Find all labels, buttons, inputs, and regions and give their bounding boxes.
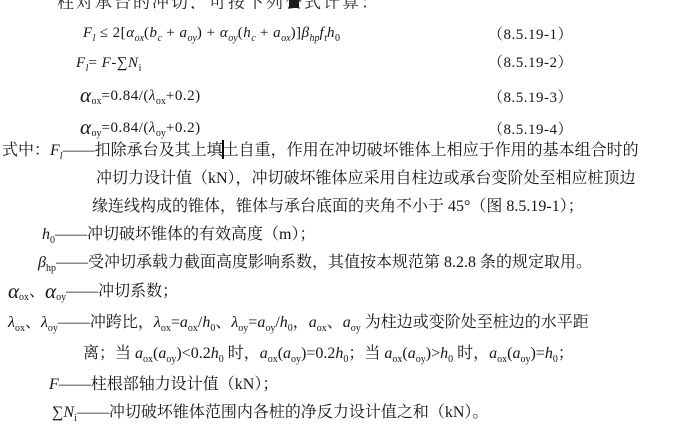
text-segment: oy [228, 33, 237, 44]
def-line-fl-2: 冲切力设计值（kN），冲切破坏锥体应采用自柱边或承台变阶处至相应桩顶边 [96, 168, 636, 190]
text-segment: λ [41, 314, 48, 331]
text-segment: ) + [197, 25, 220, 41]
def-line-h0: h0——冲切破坏锥体的有效高度（m）； [42, 224, 315, 252]
text-segment: ， [293, 314, 309, 331]
text-segment: + [162, 25, 179, 41]
text-segment: ox [135, 33, 144, 44]
text-segment: oy [56, 292, 66, 303]
text-segment: = [248, 314, 257, 331]
text-segment: β [38, 254, 46, 271]
text-segment: ——冲切破坏锥体的有效高度（m）； [55, 226, 315, 243]
text-segment: 式中： [2, 142, 50, 159]
text-segment: ∑ [117, 55, 128, 71]
text-segment: ox [92, 96, 102, 107]
text-segment: F [83, 25, 93, 41]
text-segment: N [128, 55, 139, 71]
text-segment: a [408, 345, 416, 362]
text-segment: ——冲切破坏锥体范围内各桩的净反力设计值之和（kN）。 [77, 404, 489, 421]
text-segment: h [440, 345, 448, 362]
text-segment: F [102, 55, 112, 71]
def-line-f: F——柱根部轴力设计值（kN）； [49, 374, 278, 396]
text-segment: 、 [25, 314, 41, 331]
text-segment: h [327, 25, 335, 41]
text-segment: oy [351, 323, 361, 334]
text-segment: a [343, 314, 351, 331]
text-segment: ——冲切系数； [66, 283, 178, 300]
text-segment: h [211, 345, 219, 362]
text-segment: )] [291, 25, 302, 41]
text-segment: ≤ 2[ [95, 25, 126, 41]
text-segment: a [180, 314, 188, 331]
text-segment: ；当 [348, 345, 384, 362]
text-segment: α [220, 25, 228, 41]
text-segment: λ [8, 314, 15, 331]
text-segment: λ [149, 120, 156, 136]
text-segment: )= [530, 345, 544, 362]
text-segment: oy [291, 354, 301, 365]
clipped-text-line: 柱对承台的冲切，可按下列公式计算： [0, 0, 673, 9]
text-segment: 缘连线构成的锥体，锥体与承台底面的夹角不小于 45°（图 8.5.19-1）； [92, 198, 584, 215]
text-segment: 、 [29, 283, 45, 300]
text-segment: a [283, 345, 291, 362]
text-segment: +0.2) [166, 120, 201, 136]
text-segment: )<0.2 [176, 345, 210, 362]
text-segment: F [49, 376, 59, 393]
text-segment: h [545, 345, 553, 362]
text-segment: a [273, 25, 281, 41]
text-segment: hp [310, 33, 320, 44]
text-segment: α [80, 83, 92, 107]
text-segment: h [42, 226, 50, 243]
text-segment: β [302, 25, 310, 41]
def-line-sum-ni: ∑Ni——冲切破坏锥体范围内各桩的净反力设计值之和（kN）。 [52, 402, 488, 430]
text-segment: a [489, 345, 497, 362]
text-segment: b [150, 25, 158, 41]
text-segment: oy [166, 354, 176, 365]
text-segment: ox [188, 323, 198, 334]
text-segment: ox [281, 33, 290, 44]
text-segment: ——受冲切承载力截面高度影响系数，其值按本规范第 8.2.8 条的规定取用。 [56, 254, 592, 271]
text-segment: 、 [327, 314, 343, 331]
text-segment: oy [520, 354, 530, 365]
text-segment: oy [187, 33, 196, 44]
def-line-fl-1: 式中：Fl——扣除承台及其上填土自重，作用在冲切破坏锥体上相应于作用的基本组合时… [2, 140, 639, 168]
text-segment: = [88, 55, 101, 71]
text-segment: +0.2) [166, 88, 201, 104]
equation-8-5-19-2: Fl= F-∑Ni [76, 51, 141, 81]
text-segment: = [171, 314, 180, 331]
text-segment: a [309, 314, 317, 331]
equation-number-2: （8.5.19-2） [488, 52, 573, 74]
text-segment: =0.84/( [102, 120, 149, 136]
text-segment: ox [15, 323, 25, 334]
equation-number-1: （8.5.19-1） [488, 24, 573, 46]
text-segment: i [139, 63, 142, 74]
text-segment: 时， [453, 345, 489, 362]
text-segment: α [126, 25, 134, 41]
def-line-lambda-2: 离；当 aox(aoy)<0.2h0 时，aox(aoy)=0.2h0；当 ao… [83, 343, 574, 371]
text-segment: F [76, 55, 86, 71]
text-segment: oy [156, 128, 166, 139]
text-segment: )=0.2 [301, 345, 335, 362]
text-segment: 冲切力设计值（kN），冲切破坏锥体应采用自柱边或承台变阶处至相应桩顶边 [96, 170, 636, 187]
text-segment: oy [238, 323, 248, 334]
text-segment: h [280, 314, 288, 331]
text-segment: oy [48, 323, 58, 334]
text-segment: oy [416, 354, 426, 365]
clipped-text: 柱对承台的冲切，可按下列公式计算： [57, 0, 380, 9]
text-segment: ox [19, 292, 29, 303]
text-segment: ——柱根部轴力设计值（kN）； [59, 376, 279, 393]
text-segment: ∑ [52, 404, 63, 421]
text-segment: ox [317, 323, 327, 334]
text-segment: ox [156, 96, 166, 107]
text-segment: ox [161, 323, 171, 334]
text-segment: ox [268, 354, 278, 365]
text-segment: 时， [224, 345, 260, 362]
text-segment: 、 [215, 314, 231, 331]
text-segment: ox [497, 354, 507, 365]
text-segment: oy [92, 128, 102, 139]
equation-number-3: （8.5.19-3） [488, 87, 573, 109]
equation-8-5-19-3: αox=0.84/(λox+0.2) [80, 84, 201, 114]
def-line-beta-hp: βhp——受冲切承载力截面高度影响系数，其值按本规范第 8.2.8 条的规定取用… [38, 252, 592, 280]
text-segment: )> [426, 345, 440, 362]
def-line-lambda-1: λox、λoy——冲跨比，λox=aox/h0、λoy=aoy/h0，aox、a… [8, 312, 589, 340]
def-line-alpha: αox、αoy——冲切系数； [8, 281, 178, 309]
text-segment: ox [392, 354, 402, 365]
equation-8-5-19-1: Fl ≤ 2[αox(bc + aoy) + αoy(hc + aox)]βhp… [83, 21, 340, 51]
text-segment: ox [143, 354, 153, 365]
text-segment: α [45, 279, 56, 303]
text-segment: N [63, 404, 74, 421]
text-segment: 为柱边或变阶处至桩边的水平距 [361, 314, 589, 331]
text-segment: ； [558, 345, 574, 362]
text-segment: hp [46, 263, 56, 274]
text-segment: + [256, 25, 273, 41]
document-page[interactable]: 柱对承台的冲切，可按下列公式计算： Fl ≤ 2[αox(bc + aoy) +… [0, 0, 673, 434]
text-segment: α [8, 279, 19, 303]
equation-number-4: （8.5.19-4） [488, 119, 573, 141]
def-line-fl-3: 缘连线构成的锥体，锥体与承台底面的夹角不小于 45°（图 8.5.19-1）； [92, 196, 584, 218]
text-segment: α [80, 115, 92, 139]
clipped-glyph-fragment [289, 0, 299, 8]
text-segment: ——冲跨比， [58, 314, 154, 331]
text-segment: 0 [335, 33, 340, 44]
text-segment: =0.84/( [102, 88, 149, 104]
text-segment: 离；当 [83, 345, 135, 362]
text-segment: 土自重，作用在冲切破坏锥体上相应于作用的基本组合时的 [223, 142, 639, 159]
text-segment: h [243, 25, 251, 41]
text-segment: a [135, 345, 143, 362]
text-segment: a [260, 345, 268, 362]
text-segment: λ [149, 88, 156, 104]
text-segment: ——扣除承台及其上填 [63, 142, 223, 159]
text-segment: F [50, 142, 60, 159]
text-segment: oy [265, 323, 275, 334]
text-segment: λ [154, 314, 161, 331]
